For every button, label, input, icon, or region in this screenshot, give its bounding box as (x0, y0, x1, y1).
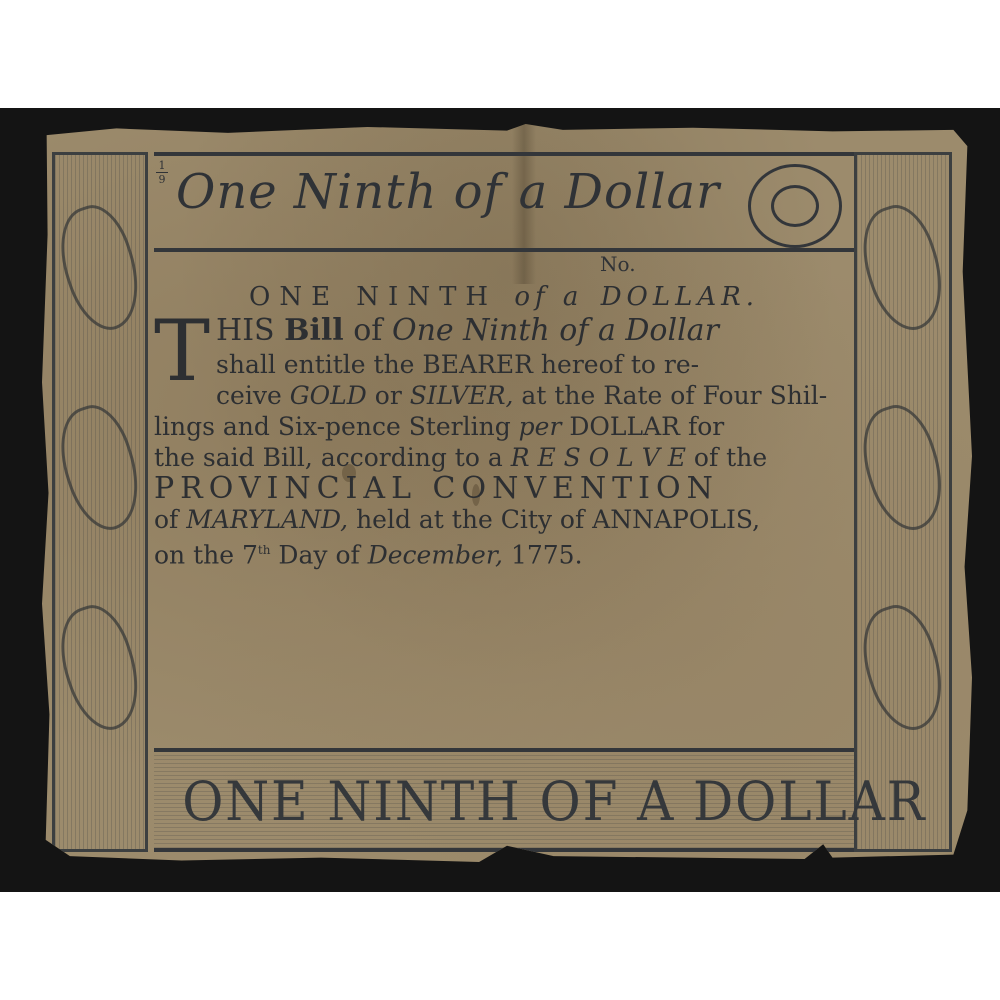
text-span: lings and Six-pence Sterling (154, 412, 511, 441)
left-flourish-ornament (65, 175, 135, 829)
text-span: ceive (216, 381, 282, 410)
text-span: DOLLAR for (569, 412, 724, 441)
text-line: of MARYLAND, held at the City of ANNAPOL… (154, 504, 854, 535)
text-span: the said Bill, according to a (154, 443, 503, 472)
drop-cap: T (154, 315, 210, 387)
text-line: on the 7th Day of December, 1775. (154, 535, 854, 570)
text-span: of the (694, 443, 767, 472)
fraction-denominator: 9 (159, 173, 166, 186)
text-line: lings and Six-pence Sterling per DOLLAR … (154, 411, 854, 442)
text-span: on the 7 (154, 540, 258, 569)
text-span: at the Rate of Four Shil- (521, 381, 827, 410)
text-span: th (258, 543, 271, 557)
denomination-fraction: 1 9 (156, 160, 168, 185)
bottom-denomination-title: ONE NINTH OF A DOLLAR (182, 770, 826, 833)
text-span: 1775. (511, 540, 583, 569)
text-span: of (154, 505, 178, 534)
heading-part: DOLLAR. (601, 282, 759, 312)
text-span: Bill (284, 313, 344, 348)
text-line: the said Bill, according to a R E S O L … (154, 442, 854, 473)
left-ornamental-border (52, 152, 148, 852)
fraction-numerator: 1 (159, 159, 166, 172)
text-line-this-bill: T HIS Bill of One Ninth of a Dollar (154, 313, 854, 349)
scroll-ornament-icon (748, 164, 842, 248)
bottom-denomination-panel: ONE NINTH OF A DOLLAR (154, 748, 854, 852)
text-line: ceive GOLD or SILVER, at the Rate of Fou… (154, 380, 854, 411)
text-span: R E S O L V E (511, 443, 686, 472)
text-line: shall entitle the BEARER hereof to re- (154, 349, 854, 380)
heading-part: ONE NINTH (249, 282, 497, 312)
text-span: held at the City of ANNAPOLIS, (356, 505, 760, 534)
heading-part: of a (514, 282, 583, 312)
banknote: 1 9 One Ninth of a Dollar No. ONE NINTH … (42, 124, 972, 862)
text-line: PROVINCIAL CONVENTION (154, 473, 854, 504)
top-script-panel: 1 9 One Ninth of a Dollar (154, 152, 854, 252)
text-span: MARYLAND, (186, 505, 348, 534)
text-span: SILVER, (410, 381, 514, 410)
text-span: or (375, 381, 402, 410)
text-span: of (353, 313, 382, 348)
script-denomination-title: One Ninth of a Dollar (176, 164, 720, 220)
text-span: December, (368, 540, 503, 569)
text-span: GOLD (290, 381, 367, 410)
text-span: per (519, 412, 562, 441)
serial-number-label: No. (600, 252, 636, 276)
right-flourish-ornament (867, 175, 939, 829)
note-body-text: ONE NINTH of a DOLLAR. T HIS Bill of One… (154, 282, 854, 570)
heading-line: ONE NINTH of a DOLLAR. (154, 282, 854, 313)
text-span: One Ninth of a Dollar (392, 313, 719, 348)
text-span: HIS (216, 313, 275, 348)
right-ornamental-border (854, 152, 952, 852)
text-span: Day of (278, 540, 359, 569)
